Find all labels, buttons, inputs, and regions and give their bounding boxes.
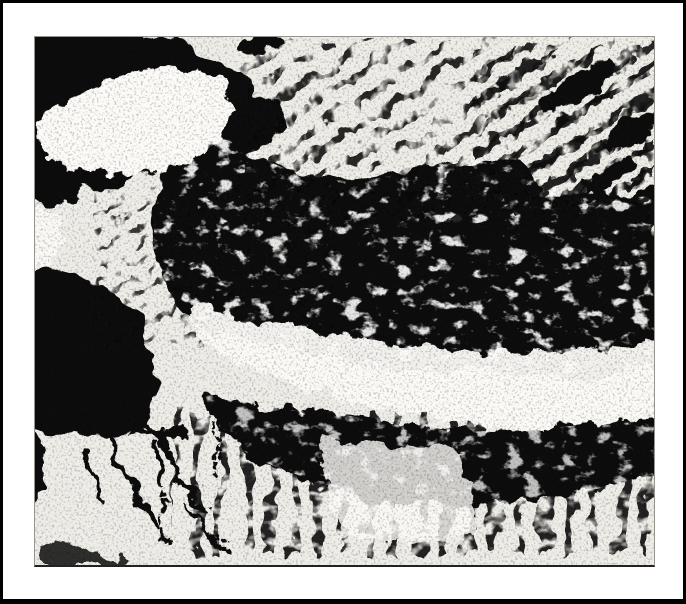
halftone-grain-overlay xyxy=(35,37,654,565)
satellite-cloud-photograph xyxy=(34,36,655,567)
screenshot-root xyxy=(0,0,686,604)
figure-border-frame xyxy=(0,0,686,604)
photo-halftone-rendering xyxy=(35,37,654,565)
